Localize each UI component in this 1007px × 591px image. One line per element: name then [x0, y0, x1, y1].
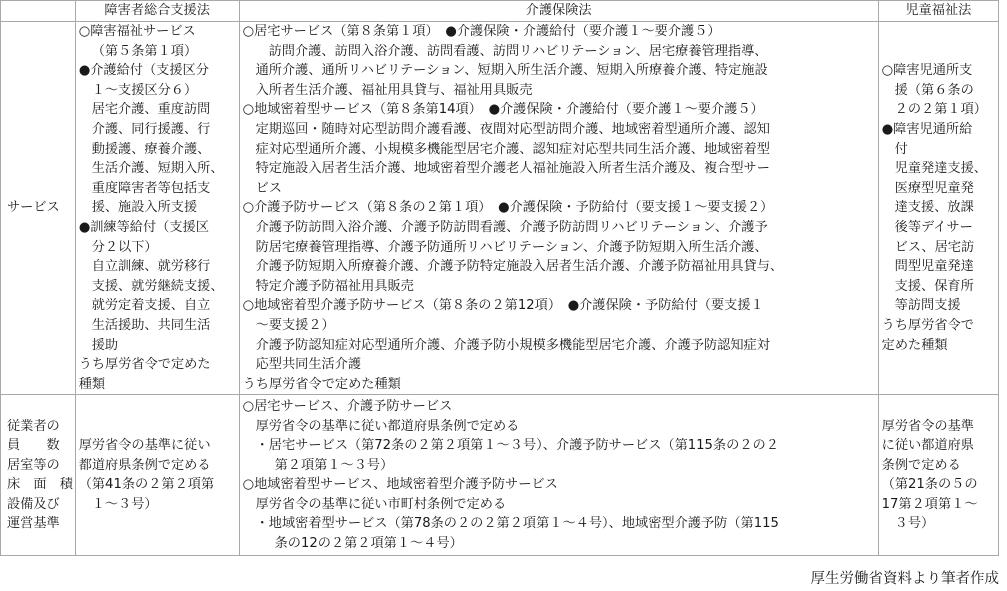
cell-line: 生活介護、短期入所、: [79, 159, 236, 179]
cell-line: 防居宅療養管理指導、介護予防通所リハビリテーション、介護予防短期入所生活介護、: [243, 238, 875, 258]
service-child-cell: ○障害児通所支援（第６条の２の２第１項）●障害児通所給付児童発達支援、医療型児童…: [878, 22, 998, 395]
standards-care-cell: ○居宅サービス、介護予防サービス厚労省令の基準に従い都道府県条例で定める・居宅サ…: [239, 395, 878, 556]
cell-line: 支援、就労継続支援、: [79, 277, 236, 297]
cell-line: 介護予防認知症対応型通所介護、介護予防小規模多機能型居宅介護、介護予防認知症対: [243, 336, 875, 356]
cell-line: ～要支援２）: [243, 316, 875, 336]
header-long-term-care-act: 介護保険法: [239, 1, 878, 22]
cell-line: ○居宅サービス、介護予防サービス: [243, 397, 875, 417]
cell-line: ●障害児通所給: [882, 120, 995, 140]
cell-line: ○障害児通所支: [882, 61, 995, 81]
cell-line: 援、施設入所支援: [79, 198, 236, 218]
cell-line: 支援、保育所: [882, 277, 995, 297]
standards-child-cell: 厚労省令の基準に従い都道府県条例で定める（第21条の５の17第２項第１～３号）: [878, 395, 998, 556]
cell-line: 症対応型通所介護、小規模多機能型居宅介護、認知症対応型共同生活介護、地域密着型: [243, 140, 875, 160]
cell-line: うち厚労省令で: [882, 316, 995, 336]
cell-line: ○居宅サービス（第８条第１項） ●介護保険・介護給付（要介護１～要介護５）: [243, 22, 875, 42]
cell-line: （第５条第１項）: [79, 42, 236, 62]
cell-line: １～３号）: [79, 495, 236, 515]
cell-line: 厚労省令の基準: [882, 417, 995, 437]
row-label-line: 居室等の: [7, 456, 72, 476]
cell-line: 都道府県条例で定める: [79, 456, 236, 476]
cell-line: 問型児童発達: [882, 257, 995, 277]
row-label-line: 設備及び: [7, 495, 72, 515]
cell-line: 定期巡回・随時対応型訪問介護看護、夜間対応型訪問介護、地域密着型通所介護、認知: [243, 120, 875, 140]
cell-line: ●訓練等給付（支援区: [79, 218, 236, 238]
cell-line: ○障害福祉サービス: [79, 22, 236, 42]
cell-line: 介護予防訪問入浴介護、介護予防訪問看護、介護予防訪問リハビリテーション、介護予: [243, 218, 875, 238]
cell-line: 重度障害者等包括支: [79, 179, 236, 199]
cell-line: ビス: [243, 179, 875, 199]
cell-line: 17第２項第１～: [882, 495, 995, 515]
cell-line: 条例で定める: [882, 456, 995, 476]
cell-line: （第41条の２第２項第: [79, 475, 236, 495]
row-label-line: 運営基準: [7, 514, 72, 534]
cell-line: ○地域密着型サービス、地域密着型介護予防サービス: [243, 475, 875, 495]
cell-line: 分２以下）: [79, 238, 236, 258]
service-disability-cell: ○障害福祉サービス（第５条第１項）●介護給付（支援区分１～支援区分６）居宅介護、…: [75, 22, 239, 395]
cell-line: ビス、居宅訪: [882, 238, 995, 258]
cell-line: に従い都道府県: [882, 436, 995, 456]
cell-line: 条の12の２第２項第１～４号）: [243, 534, 875, 554]
cell-line: （第21条の５の: [882, 475, 995, 495]
cell-line: ○介護予防サービス（第８条の２第１項） ●介護保険・予防給付（要支援１～要支援２…: [243, 198, 875, 218]
cell-line: １～支援区分６）: [79, 81, 236, 101]
cell-line: 通所介護、通所リハビリテーション、短期入所生活介護、短期入所療養介護、特定施設: [243, 61, 875, 81]
row-label-service: サービス: [1, 22, 76, 395]
header-disability-act: 障害者総合支援法: [75, 1, 239, 22]
cell-line: ○地域密着型介護予防サービス（第８条の２第12項） ●介護保険・予防給付（要支援…: [243, 296, 875, 316]
cell-line: 特定施設入居者生活介護、地域密着型介護老人福祉施設入所者生活介護及、複合型サー: [243, 159, 875, 179]
cell-line: ●介護給付（支援区分: [79, 61, 236, 81]
cell-line: 厚労省令の基準に従い都道府県条例で定める: [243, 417, 875, 437]
source-caption: 厚生労働省資料より筆者作成: [811, 567, 1000, 588]
row-label-line: 員 数: [7, 436, 72, 456]
service-care-cell: ○居宅サービス（第８条第１項） ●介護保険・介護給付（要介護１～要介護５）訪問介…: [239, 22, 878, 395]
service-row: サービス ○障害福祉サービス（第５条第１項）●介護給付（支援区分１～支援区分６）…: [1, 22, 999, 395]
cell-line: 定めた種類: [882, 336, 995, 356]
comparison-table: 障害者総合支援法 介護保険法 児童福祉法 サービス ○障害福祉サービス（第５条第…: [0, 0, 999, 556]
cell-line: 第２項第１～３号）: [243, 456, 875, 476]
cell-line: 援（第６条の: [882, 81, 995, 101]
cell-line: 厚労省令の基準に従い市町村条例で定める: [243, 495, 875, 515]
cell-line: 種類: [79, 375, 236, 395]
header-empty: [1, 1, 76, 22]
cell-line: ３号）: [882, 514, 995, 534]
header-row: 障害者総合支援法 介護保険法 児童福祉法: [1, 1, 999, 22]
cell-line: ・地域密着型サービス（第78条の２の２第２項第１～４号）、地域密型介護予防（第1…: [243, 514, 875, 534]
cell-line: うち厚労省令で定めた: [79, 355, 236, 375]
cell-line: 居宅介護、重度訪問: [79, 100, 236, 120]
cell-line: 後等デイサー: [882, 218, 995, 238]
cell-line: 厚労省令の基準に従い: [79, 436, 236, 456]
cell-line: 動援護、療養介護、: [79, 140, 236, 160]
cell-line: 付: [882, 140, 995, 160]
cell-line: 介護、同行援護、行: [79, 120, 236, 140]
row-label-line: 床 面 積: [7, 475, 72, 495]
cell-line: ○地域密着型サービス（第８条第14項） ●介護保険・介護給付（要介護１～要介護５…: [243, 100, 875, 120]
header-child-welfare-act: 児童福祉法: [878, 1, 998, 22]
cell-line: 医療型児童発: [882, 179, 995, 199]
cell-line: 訪問介護、訪問入浴介護、訪問看護、訪問リハビリテーション、居宅療養管理指導、: [243, 42, 875, 62]
cell-line: ２の２第１項）: [882, 100, 995, 120]
standards-disability-cell: 厚労省令の基準に従い都道府県条例で定める（第41条の２第２項第１～３号）: [75, 395, 239, 556]
cell-line: 生活援助、共同生活: [79, 316, 236, 336]
cell-line: 就労定着支援、自立: [79, 296, 236, 316]
cell-line: 等訪問支援: [882, 296, 995, 316]
cell-line: 援助: [79, 336, 236, 356]
cell-line: 児童発達支援、: [882, 159, 995, 179]
cell-line: うち厚労省令で定めた種類: [243, 375, 875, 395]
cell-line: 介護予防短期入所療養介護、介護予防特定施設入居者生活介護、介護予防福祉用具貸与、: [243, 257, 875, 277]
row-label-standards: 従業者の員 数居室等の床 面 積設備及び運営基準: [1, 395, 76, 556]
standards-row: 従業者の員 数居室等の床 面 積設備及び運営基準 厚労省令の基準に従い都道府県条…: [1, 395, 999, 556]
cell-line: 入所者生活介護、福祉用具貸与、福祉用具販売: [243, 81, 875, 101]
cell-line: 自立訓練、就労移行: [79, 257, 236, 277]
cell-line: ・居宅サービス（第72条の２第２項第１～３号）、介護予防サービス（第115条の２…: [243, 436, 875, 456]
row-label-line: 従業者の: [7, 417, 72, 437]
cell-line: 応型共同生活介護: [243, 355, 875, 375]
cell-line: 特定介護予防福祉用具販売: [243, 277, 875, 297]
cell-line: 達支援、放課: [882, 198, 995, 218]
